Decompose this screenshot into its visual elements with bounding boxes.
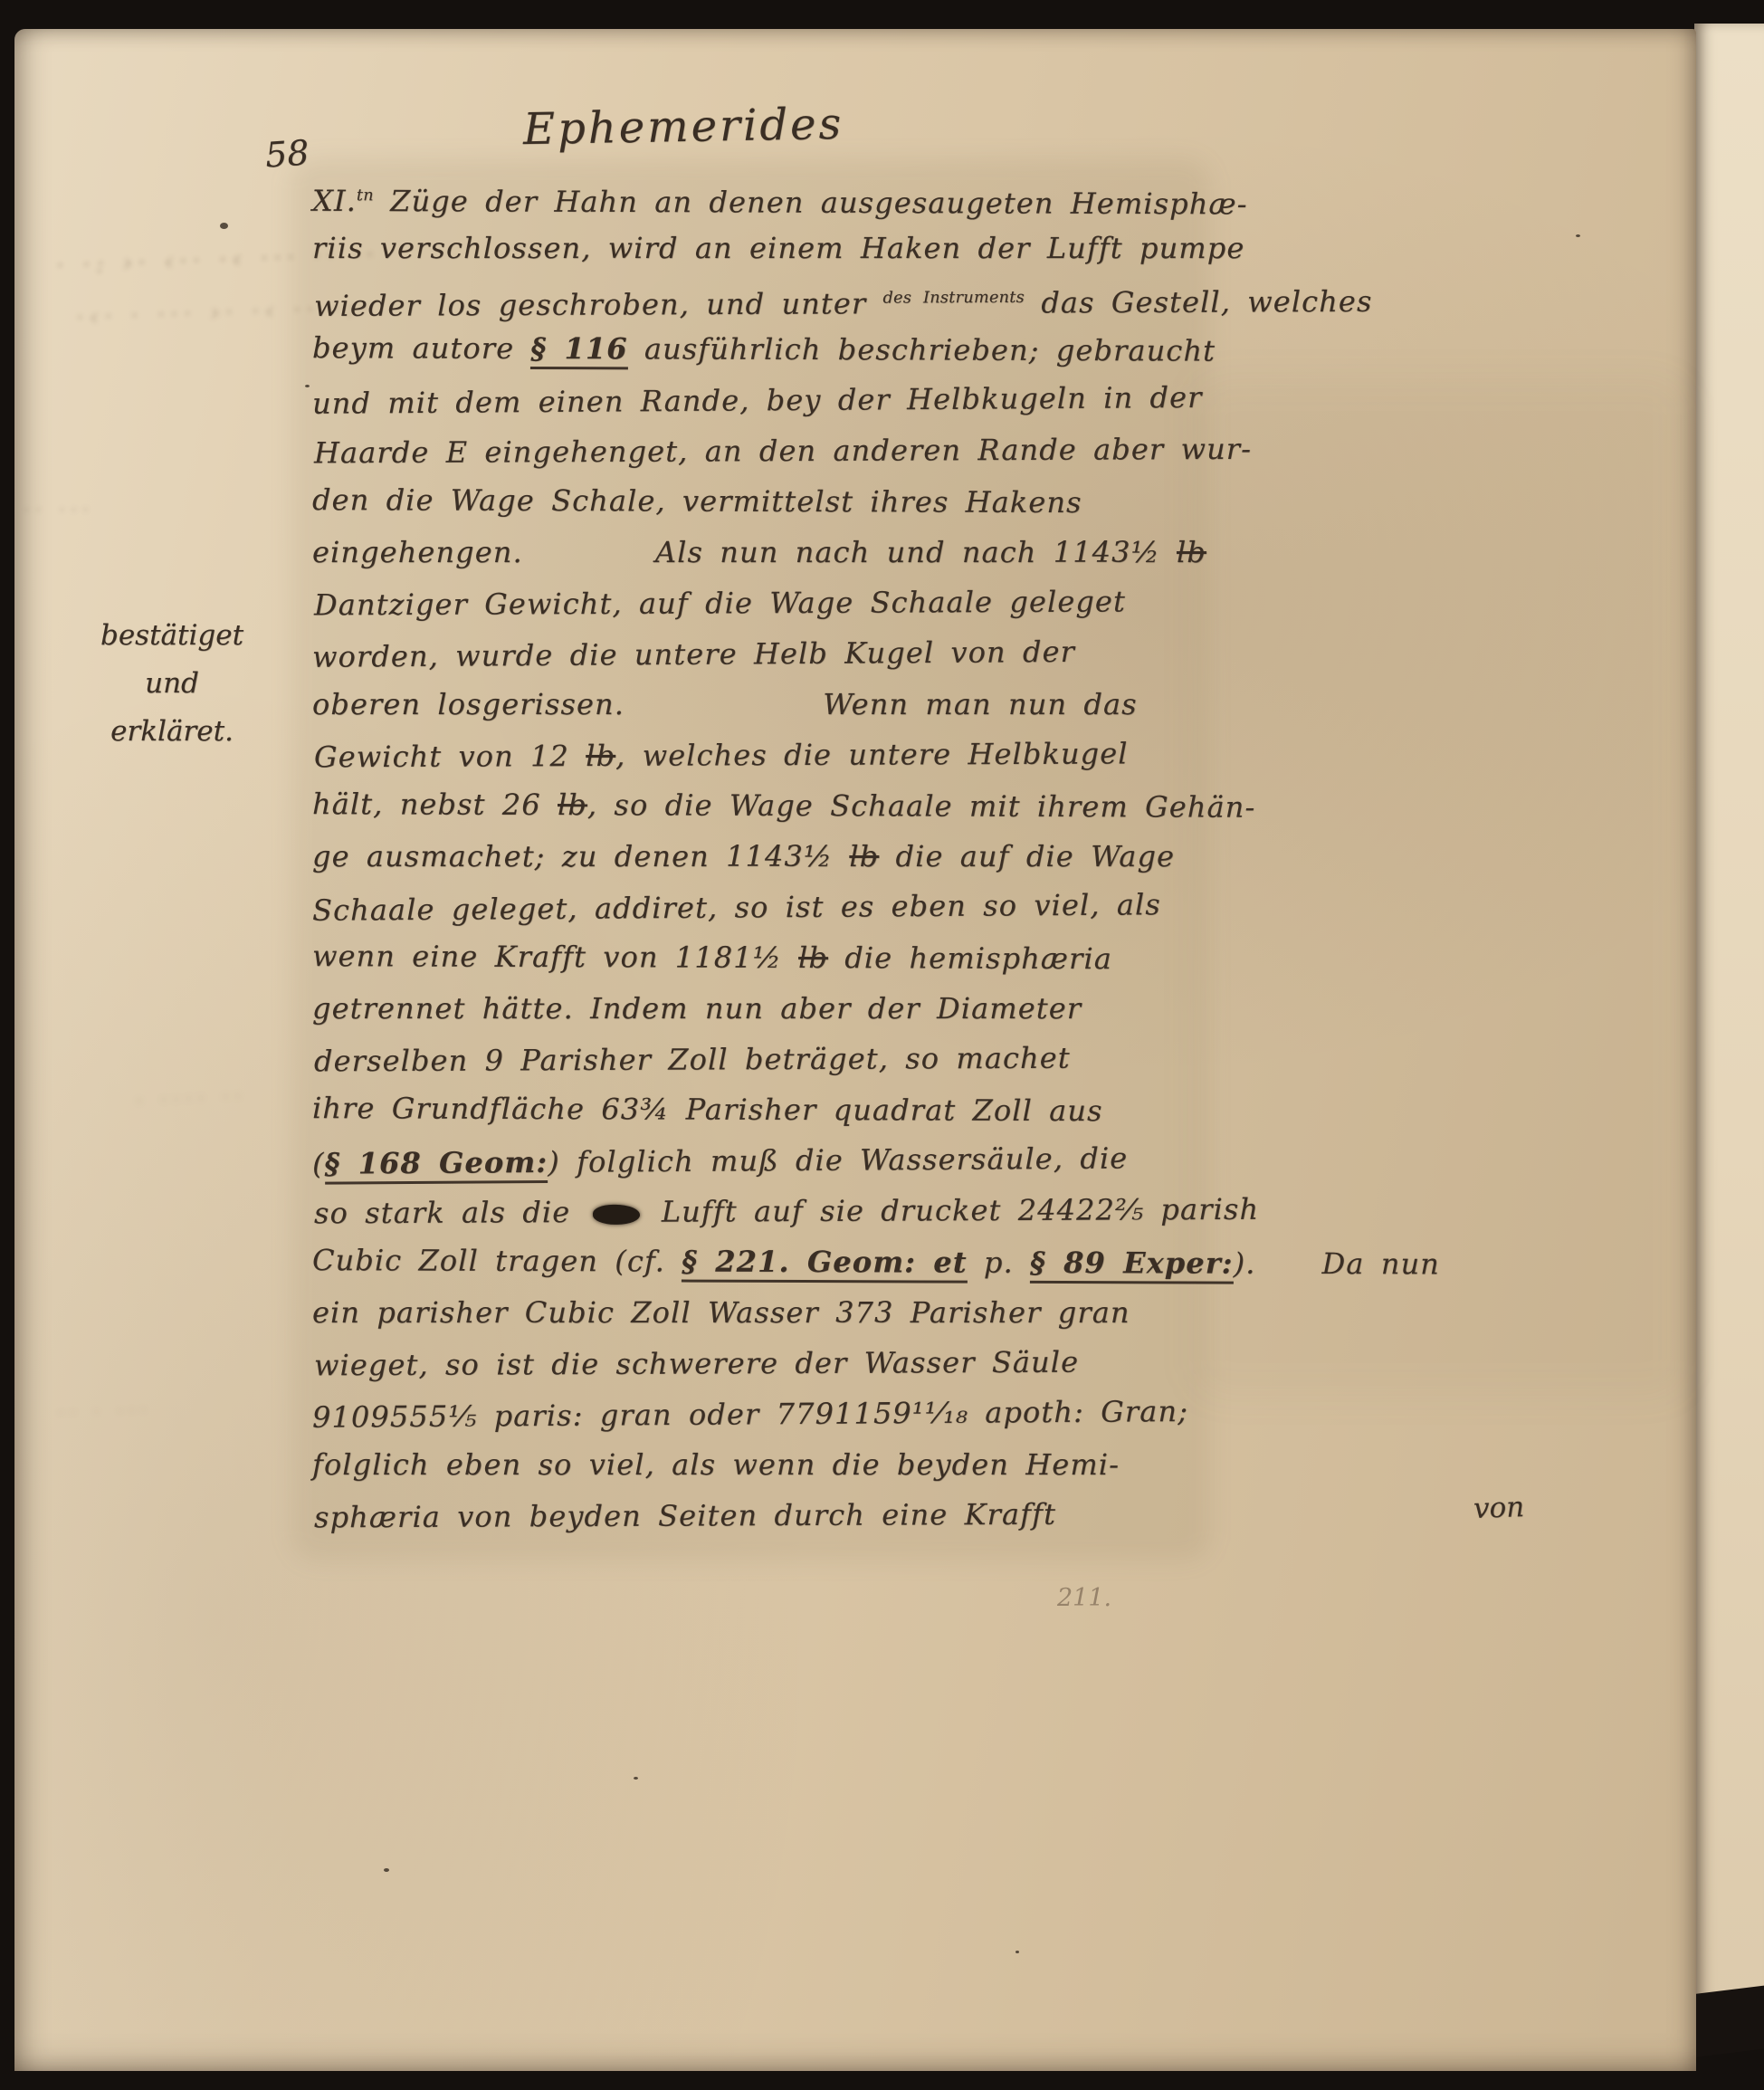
- manuscript-text: und mit dem einen Rande, bey der Helbkug…: [312, 380, 1203, 421]
- page-number: 58: [264, 132, 310, 175]
- manuscript-line: riis verschlossen, wird an einem Haken d…: [312, 223, 1290, 273]
- ink-speck: [634, 1777, 638, 1780]
- manuscript-line: (§ 168 Geom:) folglich muß die Wassersäu…: [312, 1131, 1290, 1189]
- manuscript-text: worden, wurde die untere Helb Kugel von …: [312, 635, 1075, 674]
- manuscript-text: lb: [558, 787, 587, 822]
- manuscript-text: ¹¹⁄₁₈: [912, 1396, 968, 1430]
- manuscript-text: wenn eine Krafft von 1181½: [312, 939, 798, 975]
- ink-speck: [1015, 1951, 1019, 1953]
- manuscript-text: ein parisher Cubic Zoll Wasser 373 Paris…: [312, 1295, 1130, 1330]
- manuscript-text: Züge der Hahn an denen ausgesaugeten Hem…: [374, 184, 1248, 221]
- manuscript-line: wenn eine Krafft von 1181½ lb die hemisp…: [312, 930, 1290, 985]
- manuscript-line: und mit dem einen Rande, bey der Helbkug…: [312, 371, 1290, 429]
- catchword: von: [1473, 1491, 1524, 1525]
- manuscript-text: § 168 Geom:: [324, 1145, 548, 1185]
- manuscript-text: Schaale geleget, addiret, so ist es eben…: [312, 887, 1161, 928]
- manuscript-text: die auf die Wage: [879, 839, 1175, 873]
- manuscript-text: folglich eben so viel, als wenn die beyd…: [312, 1447, 1120, 1482]
- manuscript-text: hält, nebst 26: [312, 787, 558, 822]
- scanned-book-page: 58 Ephemerides bestätiget und erkläret. …: [0, 0, 1764, 2090]
- next-leaf-edge: [1694, 24, 1764, 2038]
- margin-note-line: und: [91, 660, 253, 708]
- margin-note: bestätiget und erkläret.: [91, 612, 253, 756]
- manuscript-text: wieder los geschroben, und unter: [314, 286, 883, 323]
- manuscript-line: beym autore § 116 ausführlich beschriebe…: [312, 322, 1290, 377]
- manuscript-line: hält, nebst 26 lb, so die Wage Schaale m…: [312, 778, 1290, 833]
- margin-note-line: erkläret.: [91, 708, 253, 756]
- manuscript-text: oberen losgerissen. Wenn man nun das: [312, 687, 1138, 721]
- manuscript-text: sphæria von beyden Seiten durch eine Kra…: [314, 1497, 1056, 1535]
- manuscript-line: Haarde E eingehenget, an den anderen Ran…: [314, 424, 1292, 479]
- manuscript-text: beym autore: [312, 330, 531, 366]
- manuscript-text: Dantziger Gewicht, auf die Wage Schaale …: [314, 584, 1126, 622]
- manuscript-text: riis verschlossen, wird an einem Haken d…: [312, 231, 1244, 265]
- manuscript-line: den die Wage Schale, vermittelst ihres H…: [312, 474, 1290, 529]
- manuscript-line: worden, wurde die untere Helb Kugel von …: [312, 625, 1290, 682]
- manuscript-line: 9109555⅕ paris: gran oder 7791159¹¹⁄₁₈ a…: [312, 1385, 1290, 1443]
- manuscript-text: die hemisphæria: [828, 940, 1112, 976]
- ink-blot: [592, 1204, 639, 1224]
- manuscript-text: getrennet hätte. Indem nun aber der Diam…: [312, 991, 1082, 1026]
- manuscript-line: Gewicht von 12 lb, welches die untere He…: [314, 728, 1292, 783]
- manuscript-text: p.: [968, 1245, 1031, 1280]
- manuscript-line: so stark als die Lufft auf sie drucket 2…: [314, 1184, 1292, 1239]
- manuscript-text: § 116: [530, 331, 627, 369]
- manuscript-text: ). Da nun: [1234, 1246, 1440, 1282]
- manuscript-line: Schaale geleget, addiret, so ist es eben…: [312, 878, 1290, 936]
- page-title: Ephemerides: [523, 99, 844, 155]
- manuscript-line: Dantziger Gewicht, auf die Wage Schaale …: [314, 576, 1292, 631]
- ink-speck: [220, 223, 228, 229]
- manuscript-text: § 89 Exper:: [1030, 1245, 1234, 1284]
- manuscript-text: (: [312, 1147, 325, 1181]
- manuscript-text: ge ausmachet; zu denen 1143½: [312, 839, 849, 873]
- manuscript-line: wieget, so ist die schwerere der Wasser …: [314, 1336, 1292, 1391]
- manuscript-text: Gewicht von 12: [314, 739, 586, 774]
- manuscript-line: wieder los geschroben, und unter des Ins…: [314, 272, 1292, 327]
- manuscript-text: § 221. Geom: et: [682, 1245, 968, 1284]
- manuscript-text: den die Wage Schale, vermittelst ihres H…: [312, 482, 1082, 520]
- manuscript-text: so stark als die: [314, 1195, 587, 1230]
- manuscript-line: oberen losgerissen. Wenn man nun das: [312, 679, 1290, 730]
- margin-note-line: bestätiget: [91, 612, 253, 660]
- manuscript-text: , welches die untere Helbkugel: [615, 736, 1129, 772]
- manuscript-line: eingehengen. Als nun nach und nach 1143½…: [312, 527, 1290, 577]
- manuscript-line: ge ausmachet; zu denen 1143½ lb die auf …: [312, 831, 1290, 882]
- manuscript-text: lb: [586, 739, 615, 773]
- ink-speck: [305, 385, 310, 387]
- manuscript-text: eingehengen. Als nun nach und nach 1143½: [312, 535, 1177, 569]
- manuscript-text: apoth: Gran;: [968, 1394, 1188, 1430]
- manuscript-text: tn: [357, 186, 374, 205]
- manuscript-line: XI.tn Züge der Hahn an denen ausgesauget…: [312, 170, 1290, 224]
- manuscript-text: ausführlich beschrieben; gebraucht: [628, 331, 1216, 367]
- manuscript-text: lb: [1177, 535, 1206, 569]
- ink-speck: [1576, 234, 1580, 237]
- manuscript-line: ein parisher Cubic Zoll Wasser 373 Paris…: [312, 1287, 1290, 1338]
- manuscript-text: wieget, so ist die schwerere der Wasser …: [314, 1345, 1079, 1383]
- manuscript-text: des Instruments: [882, 289, 1025, 308]
- manuscript-text: ihre Grundfläche 63¾ Parisher quadrat Zo…: [312, 1091, 1103, 1128]
- manuscript-text: Haarde E eingehenget, an den anderen Ran…: [314, 432, 1252, 471]
- manuscript-text: , so die Wage Schaale mit ihrem Gehän-: [587, 787, 1256, 825]
- manuscript-text: 9109555⅕ paris: gran oder 7791159: [312, 1396, 912, 1435]
- manuscript-text: lb: [798, 940, 828, 975]
- manuscript-text: das Gestell, welches: [1025, 284, 1373, 320]
- manuscript-body: XI.tn Züge der Hahn an denen ausgesauget…: [312, 172, 1290, 1541]
- manuscript-line: derselben 9 Parisher Zoll beträget, so m…: [314, 1032, 1292, 1087]
- manuscript-line: sphæria von beyden Seiten durch eine Kra…: [314, 1488, 1292, 1543]
- manuscript-text: ) folglich muß die Wassersäule, die: [548, 1140, 1128, 1179]
- manuscript-text: derselben 9 Parisher Zoll beträget, so m…: [314, 1041, 1071, 1079]
- footer-mark: 211.: [1057, 1584, 1111, 1612]
- manuscript-line: Cubic Zoll tragen (cf. § 221. Geom: et p…: [312, 1235, 1290, 1289]
- manuscript-text: lb: [849, 839, 879, 873]
- manuscript-line: ihre Grundfläche 63¾ Parisher quadrat Zo…: [312, 1083, 1290, 1137]
- ink-speck: [384, 1868, 389, 1872]
- manuscript-text: XI.: [312, 184, 357, 218]
- manuscript-line: folglich eben so viel, als wenn die beyd…: [312, 1439, 1290, 1490]
- manuscript-line: getrennet hätte. Indem nun aber der Diam…: [312, 983, 1290, 1034]
- manuscript-text: Cubic Zoll tragen (cf.: [312, 1243, 682, 1278]
- manuscript-text: Lufft auf sie drucket 24422⅖ parish: [644, 1192, 1259, 1229]
